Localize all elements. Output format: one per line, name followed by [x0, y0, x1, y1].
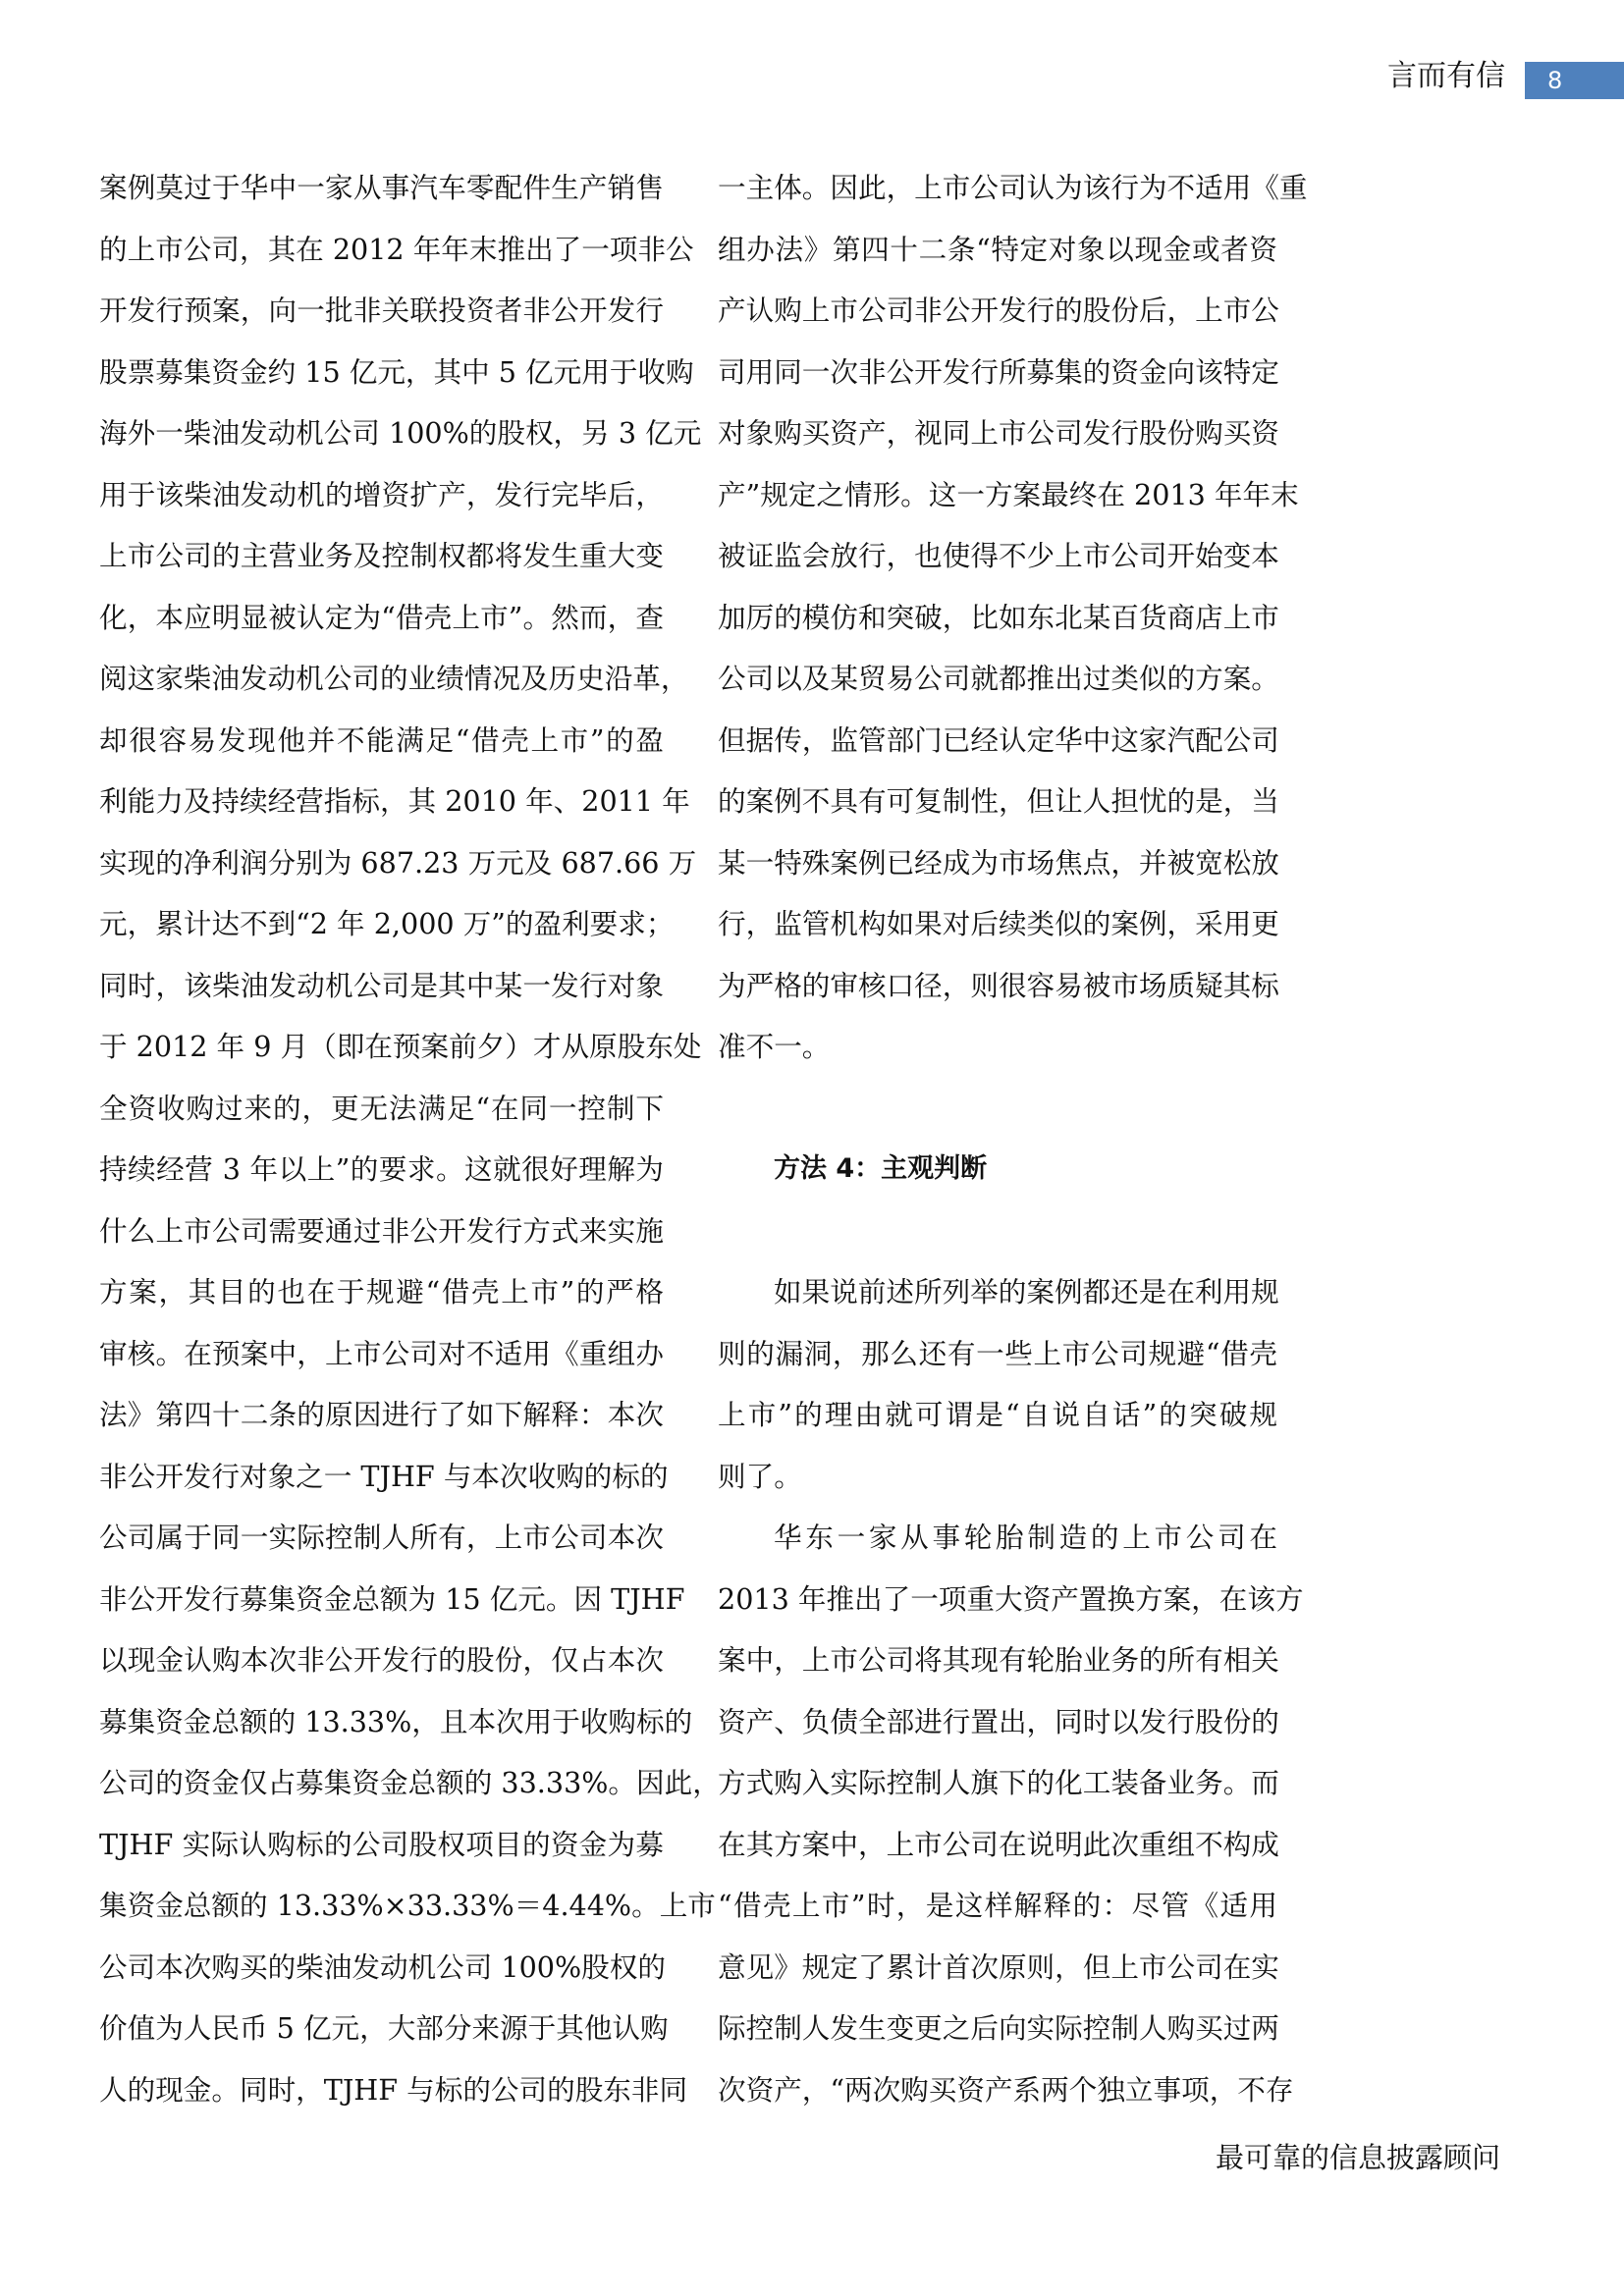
- text-line: 以现金认购本次非公开发行的股份，仅占本次: [99, 1629, 664, 1691]
- text-line: 方式购入实际控制人旗下的化工装备业务。而: [718, 1752, 1277, 1814]
- paragraph: 华东一家从事轮胎制造的上市公司在 2013 年推出了一项重大资产置换方案，在该方…: [718, 1507, 1277, 2120]
- text-line: 组办法》第四十二条“特定对象以现金或者资: [718, 219, 1277, 281]
- text-line: 但据传，监管部门已经认定华中这家汽配公司: [718, 710, 1277, 772]
- text-line: 却很容易发现他并不能满足“借壳上市”的盈: [99, 710, 664, 772]
- text-line: 则了。: [718, 1446, 1277, 1508]
- text-line: 产认购上市公司非公开发行的股份后，上市公: [718, 280, 1277, 342]
- page-number-badge: 8: [1525, 62, 1624, 99]
- footer-tagline: 最可靠的信息披露顾问: [1216, 2140, 1500, 2175]
- text-line: 产”规定之情形。这一方案最终在 2013 年年末: [718, 464, 1277, 526]
- text-line: 公司以及某贸易公司就都推出过类似的方案。: [718, 648, 1277, 710]
- spacer: [718, 1078, 1277, 1140]
- text-line: 全资收购过来的，更无法满足“在同一控制下: [99, 1078, 664, 1140]
- text-line: 用于该柴油发动机的增资扩产，发行完毕后，: [99, 464, 664, 526]
- text-line: 则的漏洞，那么还有一些上市公司规避“借壳: [718, 1323, 1277, 1385]
- text-line: 上市”的理由就可谓是“自说自话”的突破规: [718, 1384, 1277, 1446]
- text-line: 的案例不具有可复制性，但让人担忧的是，当: [718, 771, 1277, 832]
- text-line: 案例莫过于华中一家从事汽车零配件生产销售: [99, 157, 664, 219]
- text-line: 的上市公司，其在 2012 年年末推出了一项非公: [99, 219, 664, 281]
- text-line: 人的现金。同时，TJHF 与标的公司的股东非同: [99, 2059, 664, 2121]
- spacer: [718, 1201, 1277, 1262]
- text-line: 加厉的模仿和突破，比如东北某百货商店上市: [718, 587, 1277, 649]
- text-line: 准不一。: [718, 1016, 1277, 1078]
- text-line: 方案，其目的也在于规避“借壳上市”的严格: [99, 1261, 664, 1323]
- text-line: 对象购买资产，视同上市公司发行股份购买资: [718, 402, 1277, 464]
- text-line: 审核。在预案中，上市公司对不适用《重组办: [99, 1323, 664, 1385]
- text-line: 为严格的审核口径，则很容易被市场质疑其标: [718, 955, 1277, 1017]
- text-line: “借壳上市”时，是这样解释的：尽管《适用: [718, 1875, 1277, 1937]
- text-line: 实现的净利润分别为 687.23 万元及 687.66 万: [99, 832, 664, 894]
- text-line: 公司的资金仅占募集资金总额的 33.33%。因此，: [99, 1752, 664, 1814]
- text-line: 股票募集资金约 15 亿元，其中 5 亿元用于收购: [99, 342, 664, 403]
- text-line: 上市公司的主营业务及控制权都将发生重大变: [99, 525, 664, 587]
- right-column: 一主体。因此，上市公司认为该行为不适用《重 组办法》第四十二条“特定对象以现金或…: [718, 157, 1277, 2120]
- header-title: 言而有信: [1387, 59, 1505, 94]
- text-line: 次资产，“两次购买资产系两个独立事项，不存: [718, 2059, 1277, 2121]
- text-line: 案中，上市公司将其现有轮胎业务的所有相关: [718, 1629, 1277, 1691]
- text-line: 行，监管机构如果对后续类似的案例，采用更: [718, 893, 1277, 955]
- text-line: 法》第四十二条的原因进行了如下解释：本次: [99, 1384, 664, 1446]
- text-line: 什么上市公司需要通过非公开发行方式来实施: [99, 1201, 664, 1262]
- text-line: 资产、负债全部进行置出，同时以发行股份的: [718, 1691, 1277, 1753]
- text-line: 2013 年推出了一项重大资产置换方案，在该方: [718, 1569, 1277, 1630]
- text-line: 被证监会放行，也使得不少上市公司开始变本: [718, 525, 1277, 587]
- paragraph: 如果说前述所列举的案例都还是在利用规 则的漏洞，那么还有一些上市公司规避“借壳 …: [718, 1261, 1277, 1507]
- text-line: 意见》规定了累计首次原则，但上市公司在实: [718, 1937, 1277, 1999]
- text-line: 化，本应明显被认定为“借壳上市”。然而，查: [99, 587, 664, 649]
- text-line: 司用同一次非公开发行所募集的资金向该特定: [718, 342, 1277, 403]
- text-line: 非公开发行募集资金总额为 15 亿元。因 TJHF: [99, 1569, 664, 1630]
- paragraph: 一主体。因此，上市公司认为该行为不适用《重 组办法》第四十二条“特定对象以现金或…: [718, 157, 1277, 1078]
- text-line: 同时，该柴油发动机公司是其中某一发行对象: [99, 955, 664, 1017]
- text-line: 价值为人民币 5 亿元，大部分来源于其他认购: [99, 1998, 664, 2059]
- text-line: 于 2012 年 9 月（即在预案前夕）才从原股东处: [99, 1016, 664, 1078]
- text-line: 海外一柴油发动机公司 100%的股权，另 3 亿元: [99, 402, 664, 464]
- text-line: 一主体。因此，上市公司认为该行为不适用《重: [718, 157, 1277, 219]
- text-line: 在其方案中，上市公司在说明此次重组不构成: [718, 1814, 1277, 1876]
- text-line: 公司属于同一实际控制人所有，上市公司本次: [99, 1507, 664, 1569]
- text-line: 公司本次购买的柴油发动机公司 100%股权的: [99, 1937, 664, 1999]
- text-line: 某一特殊案例已经成为市场焦点，并被宽松放: [718, 832, 1277, 894]
- text-line: 募集资金总额的 13.33%，且本次用于收购标的: [99, 1691, 664, 1753]
- text-line: TJHF 实际认购标的公司股权项目的资金为募: [99, 1814, 664, 1876]
- text-line: 阅这家柴油发动机公司的业绩情况及历史沿革，: [99, 648, 664, 710]
- text-line: 如果说前述所列举的案例都还是在利用规: [718, 1261, 1277, 1323]
- section-heading: 方法 4：主观判断: [718, 1139, 1277, 1201]
- text-line: 非公开发行对象之一 TJHF 与本次收购的标的: [99, 1446, 664, 1508]
- text-line: 集资金总额的 13.33%×33.33%＝4.44%。上市: [99, 1875, 664, 1937]
- page-number: 8: [1547, 67, 1562, 94]
- text-line: 持续经营 3 年以上”的要求。这就很好理解为: [99, 1139, 664, 1201]
- text-line: 开发行预案，向一批非关联投资者非公开发行: [99, 280, 664, 342]
- left-column: 案例莫过于华中一家从事汽车零配件生产销售 的上市公司，其在 2012 年年末推出…: [99, 157, 664, 2120]
- text-line: 华东一家从事轮胎制造的上市公司在: [718, 1507, 1277, 1569]
- text-line: 际控制人发生变更之后向实际控制人购买过两: [718, 1998, 1277, 2059]
- text-line: 元，累计达不到“2 年 2,000 万”的盈利要求；: [99, 893, 664, 955]
- text-line: 利能力及持续经营指标，其 2010 年、2011 年: [99, 771, 664, 832]
